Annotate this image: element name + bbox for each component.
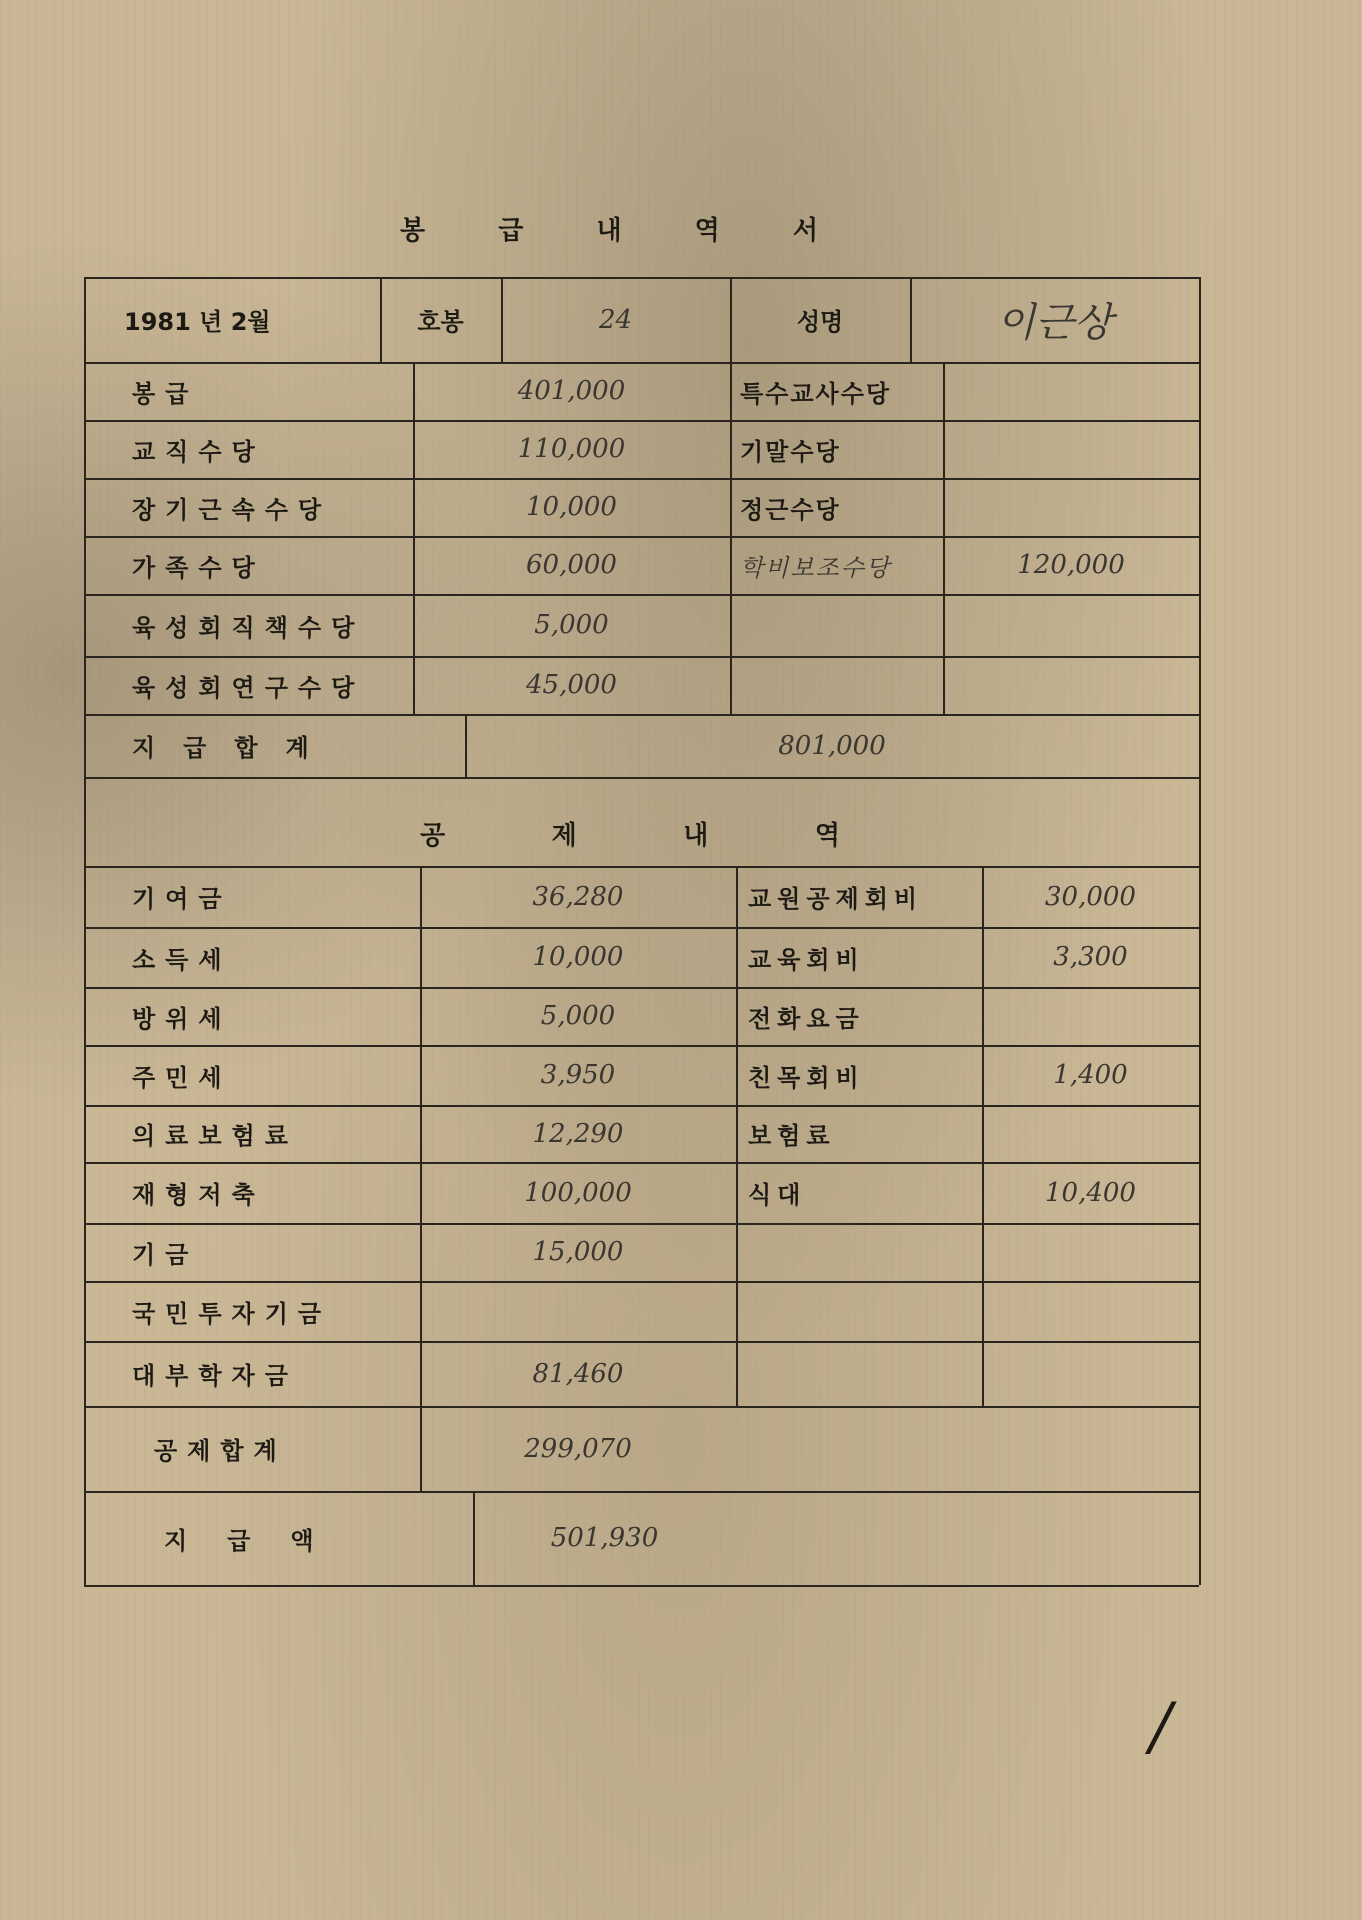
deduction-amount	[982, 1223, 1199, 1281]
rule-line	[84, 1045, 1199, 1047]
deduction-amount: 81,460	[420, 1341, 736, 1406]
title-char: 내	[596, 210, 623, 247]
title-char: 급	[498, 210, 525, 247]
rule-line	[84, 362, 1199, 364]
rule-line	[84, 927, 1199, 929]
deduction-label: 교원공제회비	[736, 866, 982, 927]
deduction-label	[736, 1223, 982, 1281]
deduction-amount: 3,950	[420, 1045, 736, 1105]
deduction-label: 의료보험료	[84, 1105, 420, 1162]
payment-total-label: 지급합계	[84, 714, 465, 777]
deduction-label: 주민세	[84, 1045, 420, 1105]
deduction-label: 국민투자기금	[84, 1281, 420, 1341]
payment-amount	[943, 362, 1199, 420]
payment-label: 정근수당	[730, 478, 943, 536]
heading-char: 내	[683, 815, 708, 852]
deduction-label: 교육회비	[736, 927, 982, 987]
rule-line	[84, 656, 1199, 658]
rule-line	[84, 420, 1199, 422]
payment-label: 봉급	[84, 362, 413, 420]
deduction-amount	[982, 987, 1199, 1045]
title-char: 봉	[400, 210, 427, 247]
rule-line	[84, 987, 1199, 989]
rule-line	[1199, 362, 1201, 777]
payment-amount: 5,000	[413, 594, 730, 656]
deduction-label: 재형저축	[84, 1162, 420, 1223]
deductions-heading: 공제내역	[420, 815, 840, 852]
name-value: 이근상	[910, 277, 1199, 362]
grade-value: 24	[501, 277, 730, 362]
payment-amount	[943, 594, 1199, 656]
deduction-label	[736, 1281, 982, 1341]
deduction-amount: 100,000	[420, 1162, 736, 1223]
payment-label: 학비보조수당	[730, 536, 943, 594]
deduction-label: 기금	[84, 1223, 420, 1281]
rule-line	[84, 777, 1199, 779]
deduction-amount: 10,000	[420, 927, 736, 987]
heading-char: 공	[420, 815, 445, 852]
rule-line	[982, 866, 984, 1406]
payment-label	[730, 594, 943, 656]
rule-line	[84, 536, 1199, 538]
rule-line	[84, 1223, 1199, 1225]
title-char: 서	[793, 210, 820, 247]
rule-line	[420, 866, 422, 1491]
deduction-total-label: 공제합계	[84, 1406, 420, 1491]
deduction-label: 식대	[736, 1162, 982, 1223]
deduction-label: 대부학자금	[84, 1341, 420, 1406]
net-pay-label: 지급액	[84, 1491, 473, 1585]
rule-line	[1199, 777, 1201, 866]
deduction-amount	[982, 1281, 1199, 1341]
deduction-amount	[420, 1281, 736, 1341]
payment-amount: 110,000	[413, 420, 730, 478]
payment-label: 특수교사수당	[730, 362, 943, 420]
rule-line	[84, 777, 86, 866]
deduction-amount	[982, 1105, 1199, 1162]
rule-line	[943, 362, 945, 714]
name-label: 성명	[730, 277, 910, 362]
payment-label: 가족수당	[84, 536, 413, 594]
deduction-amount: 3,300	[982, 927, 1199, 987]
deduction-amount	[982, 1341, 1199, 1406]
rule-line	[84, 1585, 1199, 1587]
rule-line	[84, 594, 1199, 596]
rule-line	[84, 1105, 1199, 1107]
payment-total-amount: 801,000	[465, 714, 1199, 777]
payment-amount	[943, 656, 1199, 714]
rule-line	[413, 362, 415, 714]
deduction-amount: 5,000	[420, 987, 736, 1045]
rule-line	[84, 1162, 1199, 1164]
deduction-label: 기여금	[84, 866, 420, 927]
title-char: 역	[695, 210, 722, 247]
rule-line	[730, 362, 732, 714]
payment-amount: 10,000	[413, 478, 730, 536]
deduction-amount: 12,290	[420, 1105, 736, 1162]
payment-label: 육성회연구수당	[84, 656, 413, 714]
deduction-amount: 15,000	[420, 1223, 736, 1281]
rule-line	[84, 866, 1199, 868]
payment-amount: 60,000	[413, 536, 730, 594]
rule-line	[84, 1281, 1199, 1283]
deduction-amount: 30,000	[982, 866, 1199, 927]
deduction-label: 친목회비	[736, 1045, 982, 1105]
deduction-total-amount: 299,070	[420, 1406, 736, 1491]
payment-label: 기말수당	[730, 420, 943, 478]
deduction-label: 소득세	[84, 927, 420, 987]
deduction-amount: 36,280	[420, 866, 736, 927]
margin-mark: /	[1150, 1690, 1172, 1764]
rule-line	[1199, 277, 1201, 362]
grade-label: 호봉	[380, 277, 501, 362]
payment-amount	[943, 420, 1199, 478]
rule-line	[84, 478, 1199, 480]
payment-label: 육성회직책수당	[84, 594, 413, 656]
payment-amount: 45,000	[413, 656, 730, 714]
deduction-label: 보험료	[736, 1105, 982, 1162]
payment-amount	[943, 478, 1199, 536]
heading-char: 제	[552, 815, 577, 852]
rule-line	[1199, 866, 1201, 1585]
deduction-amount: 1,400	[982, 1045, 1199, 1105]
deduction-label: 전화요금	[736, 987, 982, 1045]
document-title: 봉 급 내 역 서	[400, 210, 820, 247]
payment-label	[730, 656, 943, 714]
rule-line	[84, 1341, 1199, 1343]
payment-label: 장기근속수당	[84, 478, 413, 536]
rule-line	[736, 866, 738, 1406]
payment-amount: 401,000	[413, 362, 730, 420]
net-pay-amount: 501,930	[473, 1491, 736, 1585]
deduction-amount: 10,400	[982, 1162, 1199, 1223]
payment-amount: 120,000	[943, 536, 1199, 594]
pay-period: 1981 년 2월	[84, 277, 380, 362]
payment-label: 교직수당	[84, 420, 413, 478]
deduction-label: 방위세	[84, 987, 420, 1045]
heading-char: 역	[815, 815, 840, 852]
deduction-label	[736, 1341, 982, 1406]
